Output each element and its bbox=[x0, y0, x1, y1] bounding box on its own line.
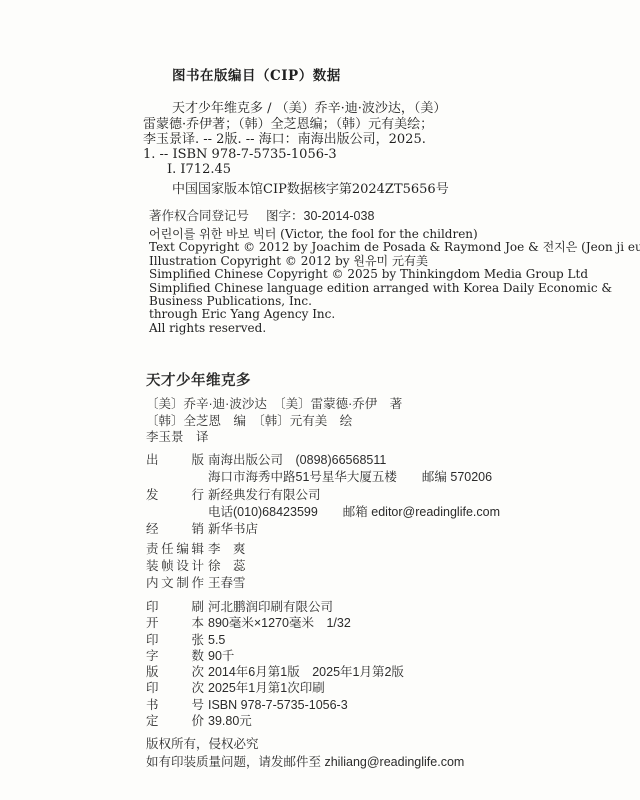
publication-row: 海口市海秀中路51号星华大厦五楼 邮编 570206 bbox=[146, 469, 500, 486]
foreign-copyright-block: 어린이를 위한 바보 빅터 (Victor, the fool for the … bbox=[149, 228, 579, 335]
edition-arrangement-line: Simplified Chinese language edition arra… bbox=[149, 282, 579, 295]
rights-notice-block: 版权所有，侵权必究 如有印装质量问题，请发邮件至 zhiliang@readin… bbox=[146, 736, 464, 771]
publication-row: 电话(010)68423599 邮箱 editor@readinglife.co… bbox=[146, 504, 500, 521]
publisher-address: 海口市海秀中路51号星华大厦五楼 邮编 570206 bbox=[208, 469, 492, 486]
staff-credits-block: 责任编辑 李 爽 装帧设计 徐 蕊 内文制作 王春雪 bbox=[146, 541, 246, 591]
row-label: 开本 bbox=[146, 615, 204, 631]
print-row: 书号 ISBN 978-7-5735-1056-3 bbox=[146, 697, 404, 713]
row-label: 责任编辑 bbox=[146, 541, 204, 558]
row-label: 装帧设计 bbox=[146, 558, 204, 575]
cip-line: 李玉景译. -- 2版. -- 海口：南海出版公司，2025. bbox=[143, 132, 553, 147]
book-copyright-page: 图书在版编目（CIP）数据 天才少年维克多 / （美）乔辛·迪·波沙达，（美） … bbox=[0, 0, 640, 800]
print-row: 印次 2025年1月第1次印刷 bbox=[146, 680, 404, 696]
cip-line: 雷蒙德·乔伊著；（韩）全芝恩编；（韩）元有美绘； bbox=[143, 117, 553, 132]
row-label: 出版 bbox=[146, 452, 204, 469]
rights-reserved-line: All rights reserved. bbox=[149, 322, 579, 335]
cip-data-block: 图书在版编目（CIP）数据 天才少年维克多 / （美）乔辛·迪·波沙达，（美） … bbox=[143, 69, 553, 197]
title-block: 天才少年维克多 〔美〕乔辛·迪·波沙达 〔美〕雷蒙德·乔伊 著 〔韩〕全芝恩 编… bbox=[146, 373, 402, 446]
print-row: 印刷 河北鹏润印刷有限公司 bbox=[146, 599, 404, 615]
row-value: 2025年1月第1次印刷 bbox=[208, 680, 325, 696]
row-label: 字数 bbox=[146, 648, 204, 664]
row-value: 90千 bbox=[208, 648, 234, 664]
row-value: 新经典发行有限公司 bbox=[208, 487, 321, 504]
staff-row: 装帧设计 徐 蕊 bbox=[146, 558, 246, 575]
row-label bbox=[146, 469, 204, 486]
copyright-registration-line: 著作权合同登记号图字：30-2014-038 bbox=[149, 206, 374, 224]
simplified-chinese-copyright-line: Simplified Chinese Copyright © 2025 by T… bbox=[149, 268, 579, 281]
row-label: 发行 bbox=[146, 487, 204, 504]
printing-info-block: 印刷 河北鹏润印刷有限公司 开本 890毫米×1270毫米 1/32 印张 5.… bbox=[146, 599, 404, 729]
editor-illustrator-line: 〔韩〕全芝恩 编 〔韩〕元有美 绘 bbox=[146, 413, 402, 430]
row-label: 印刷 bbox=[146, 599, 204, 615]
print-row: 字数 90千 bbox=[146, 648, 404, 664]
publication-row: 出版 南海出版公司 (0898)66568511 bbox=[146, 452, 500, 469]
row-value: 南海出版公司 (0898)66568511 bbox=[208, 452, 386, 469]
row-value: 李 爽 bbox=[208, 541, 246, 558]
staff-row: 内文制作 王春雪 bbox=[146, 575, 246, 592]
row-value: 890毫米×1270毫米 1/32 bbox=[208, 615, 351, 631]
row-value: 新华书店 bbox=[208, 521, 258, 538]
row-label: 书号 bbox=[146, 697, 204, 713]
row-value: 河北鹏润印刷有限公司 bbox=[208, 599, 333, 615]
print-row: 印张 5.5 bbox=[146, 632, 404, 648]
book-title: 天才少年维克多 bbox=[146, 373, 402, 390]
row-label: 定价 bbox=[146, 713, 204, 729]
publication-row: 经销 新华书店 bbox=[146, 521, 500, 538]
row-label: 印张 bbox=[146, 632, 204, 648]
row-value: 王春雪 bbox=[208, 575, 246, 592]
print-row: 定价 39.80元 bbox=[146, 713, 404, 729]
row-label: 经销 bbox=[146, 521, 204, 538]
row-value: 5.5 bbox=[208, 632, 225, 648]
row-label: 内文制作 bbox=[146, 575, 204, 592]
row-value: 2014年6月第1版 2025年1月第2版 bbox=[208, 664, 404, 680]
row-value: 徐 蕊 bbox=[208, 558, 246, 575]
row-label bbox=[146, 504, 204, 521]
agency-line: through Eric Yang Agency Inc. bbox=[149, 308, 579, 321]
text-copyright-line: Text Copyright © 2012 by Joachim de Posa… bbox=[149, 241, 579, 254]
rights-notice-line: 版权所有，侵权必究 bbox=[146, 736, 464, 754]
publication-info-block: 出版 南海出版公司 (0898)66568511 海口市海秀中路51号星华大厦五… bbox=[146, 452, 500, 538]
isbn-value: ISBN 978-7-5735-1056-3 bbox=[208, 697, 348, 713]
cip-record-number-line: 中国国家版本馆CIP数据核字第2024ZT5656号 bbox=[143, 182, 553, 197]
illustration-copyright-line: Illustration Copyright © 2012 by 원유미 元有美 bbox=[149, 255, 579, 268]
row-label: 版次 bbox=[146, 664, 204, 680]
print-row: 开本 890毫米×1270毫米 1/32 bbox=[146, 615, 404, 631]
row-label: 印次 bbox=[146, 680, 204, 696]
translator-line: 李玉景 译 bbox=[146, 429, 402, 446]
print-row: 版次 2014年6月第1版 2025年1月第2版 bbox=[146, 664, 404, 680]
registration-label: 著作权合同登记号 bbox=[149, 209, 249, 223]
price-value: 39.80元 bbox=[208, 713, 252, 729]
quality-notice-line: 如有印装质量问题，请发邮件至 zhiliang@readinglife.com bbox=[146, 754, 464, 772]
cip-line: 1. -- ISBN 978-7-5735-1056-3 bbox=[143, 147, 553, 162]
cip-classification-line: Ⅰ. I712.45 bbox=[143, 162, 553, 177]
cip-heading: 图书在版编目（CIP）数据 bbox=[143, 69, 553, 84]
distributor-contact: 电话(010)68423599 邮箱 editor@readinglife.co… bbox=[208, 504, 500, 521]
staff-row: 责任编辑 李 爽 bbox=[146, 541, 246, 558]
authors-line: 〔美〕乔辛·迪·波沙达 〔美〕雷蒙德·乔伊 著 bbox=[146, 396, 402, 413]
publisher-name-line: Business Publications, Inc. bbox=[149, 295, 579, 308]
cip-line: 天才少年维克多 / （美）乔辛·迪·波沙达，（美） bbox=[143, 101, 553, 116]
registration-number: 图字：30-2014-038 bbox=[266, 209, 374, 223]
publication-row: 发行 新经典发行有限公司 bbox=[146, 487, 500, 504]
